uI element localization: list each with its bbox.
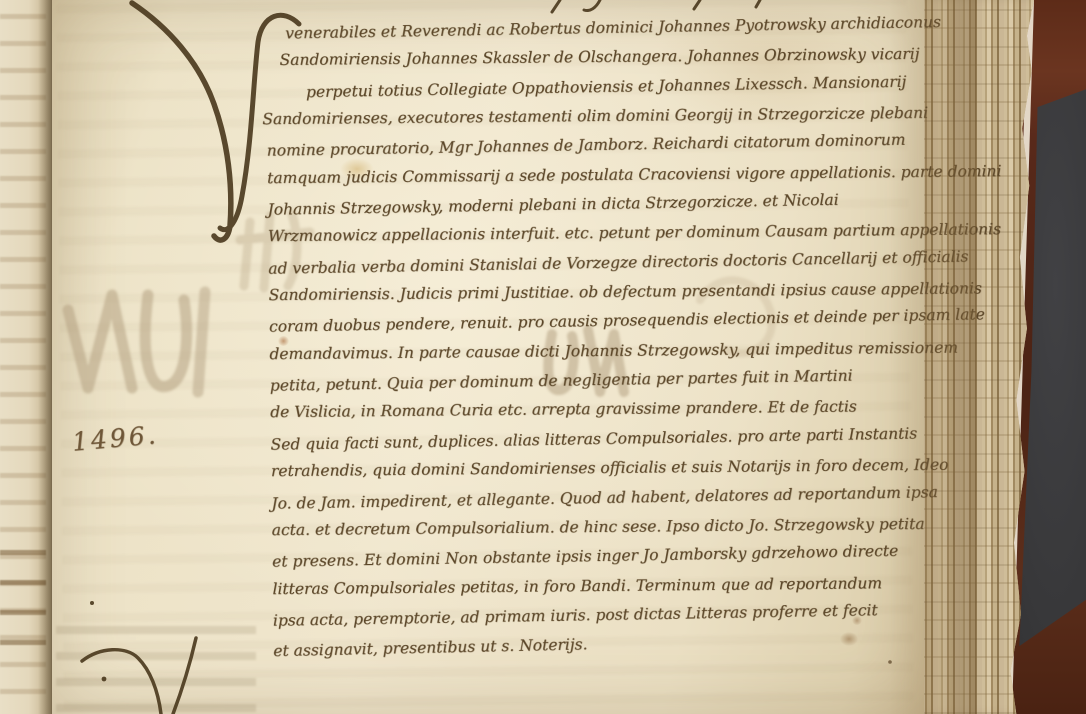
manuscript-text-block: venerabiles et Reverendi ac Robertus dom…: [213, 10, 926, 665]
bottom-flourish: [82, 650, 161, 714]
manuscript-photo: 1496. venerabiles et Reverendi ac Robert…: [0, 0, 1086, 714]
manuscript-page: 1496. venerabiles et Reverendi ac Robert…: [52, 0, 924, 714]
page-curve-shading: [890, 0, 976, 714]
top-edge-cutoff-strokes: [552, 0, 760, 12]
